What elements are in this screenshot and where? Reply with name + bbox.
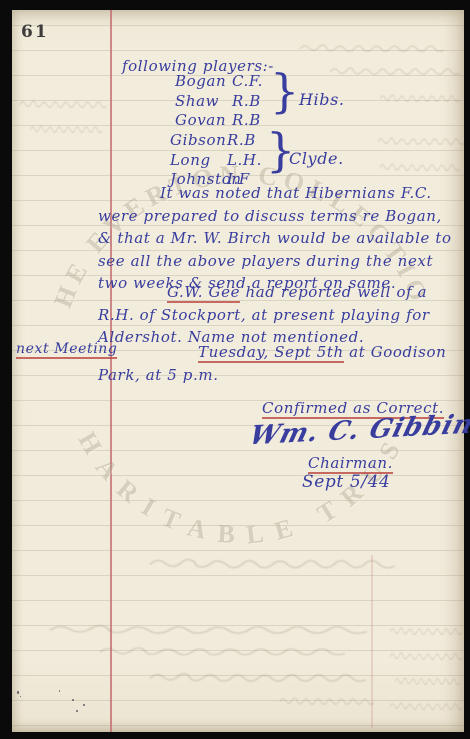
scanned-minute-book-page: THE EVERTON COLLECTION CHARITABLE TRUST	[0, 0, 470, 739]
paragraph-noted: It was noted that Hibernians F.C. were p…	[98, 182, 452, 295]
player-row: Bogan C.F.	[175, 72, 263, 92]
ink-speck	[17, 691, 19, 694]
underlined-meeting-date: Tuesday, Sept 5th	[198, 343, 344, 363]
next-meeting-lines: Tuesday, Sept 5th at Goodison Park, at 5…	[98, 341, 446, 386]
player-position: R.B	[232, 92, 261, 112]
ink-speck	[83, 704, 85, 706]
player-group-clyde: Gibson R.B Long L.H. Johnston I.F	[170, 131, 262, 190]
meeting-place: at Goodison	[344, 343, 447, 361]
player-name: Long	[170, 151, 227, 171]
club-label-clyde: Clyde.	[289, 148, 344, 171]
player-position: R.B	[232, 111, 261, 131]
player-row: Shaw R.B	[175, 92, 263, 112]
player-name: Shaw	[175, 92, 232, 112]
brace-hibs: }	[270, 68, 299, 114]
paragraph-line: It was noted that Hibernians F.C.	[98, 182, 452, 205]
ink-speck	[76, 710, 78, 712]
paragraph-gee-report: G.W. Gee had reported well of a R.H. of …	[98, 281, 430, 349]
meeting-time-line: Park, at 5 p.m.	[98, 364, 446, 387]
ink-speck	[72, 699, 74, 701]
player-position: C.F.	[232, 72, 263, 92]
ink-speck	[20, 696, 21, 697]
club-label-hibs: Hibs.	[299, 89, 345, 112]
red-margin-line-bleedthrough	[371, 555, 373, 728]
player-name: Bogan	[175, 72, 232, 92]
player-row: Gibson R.B	[170, 131, 262, 151]
paragraph-line: see all the above players during the nex…	[98, 250, 452, 273]
player-position: L.H.	[227, 151, 262, 171]
player-row: Govan R.B	[175, 111, 263, 131]
paragraph-line: R.H. of Stockport, at present playing fo…	[98, 304, 430, 327]
player-name: Govan	[175, 111, 232, 131]
paragraph-line: G.W. Gee had reported well of a	[98, 281, 430, 304]
page-number: 61	[21, 22, 49, 42]
paragraph-line: & that a Mr. W. Birch would be available…	[98, 227, 452, 250]
player-name: Gibson	[170, 131, 227, 151]
player-position: R.B	[227, 131, 256, 151]
meeting-date-line: Tuesday, Sept 5th at Goodison	[98, 341, 446, 364]
underlined-name: G.W. Gee	[167, 283, 240, 303]
player-row: Long L.H.	[170, 151, 262, 171]
paragraph-text: had reported well of a	[240, 283, 427, 301]
player-group-hibs: Bogan C.F. Shaw R.B Govan R.B	[175, 72, 263, 131]
signature-date: Sept 5/44	[302, 471, 390, 494]
ledger-paper: THE EVERTON COLLECTION CHARITABLE TRUST	[12, 10, 464, 732]
ink-speck	[59, 690, 60, 692]
paragraph-line: were prepared to discuss terms re Bogan,	[98, 205, 452, 228]
